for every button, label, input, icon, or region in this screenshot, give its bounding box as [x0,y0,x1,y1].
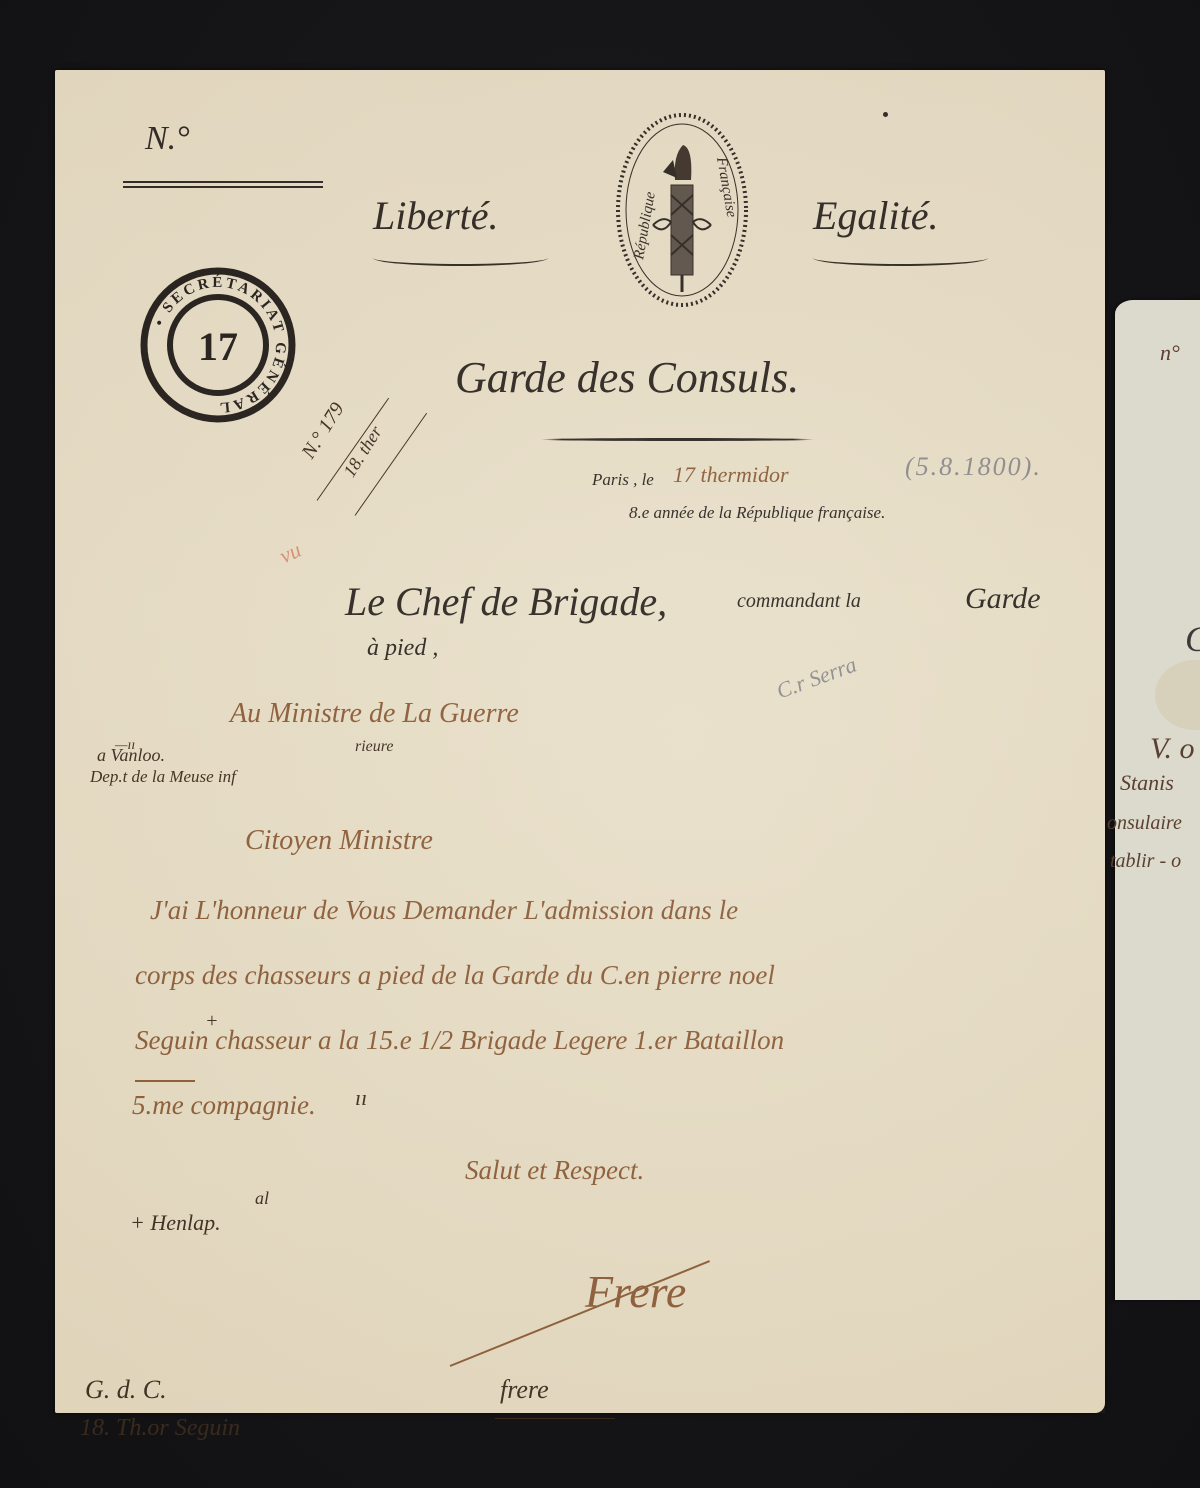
pencil-margin-note: C.r Serra [773,652,860,705]
second-sheet-fragment: tablir - o [1110,850,1181,873]
emblem-text-right: Française [713,155,740,219]
ink-dot [883,112,888,117]
paper-stain [1155,660,1200,730]
body-line: Seguin chasseur a la 15.e 1/2 Brigade Le… [135,1025,784,1056]
stamp-number: 17 [198,324,238,369]
left-note-line-2: Dep.t de la Meuse inf [90,767,236,787]
left-note-superscript: rieure [355,738,394,756]
second-sheet-fragment: V. o [1150,732,1194,766]
body-line: corps des chasseurs a pied de la Garde d… [135,960,775,991]
hash-mark: ıı [355,1085,367,1111]
number-double-rule [123,181,323,188]
second-sheet-fragment: onsulaire [1107,812,1182,835]
henlap-note: + Henlap. [130,1210,221,1236]
body-line: J'ai L'honneur de Vous Demander L'admiss… [150,895,738,926]
signature-name: frere [500,1375,549,1405]
brace-rule-left [373,258,548,266]
sender-line-2: à pied , [367,635,438,662]
name-underline [135,1080,195,1082]
date-handwritten: 17 thermidor [673,462,789,488]
registry-date-note: 18. ther [339,422,386,481]
second-letter-sheet: n° C V. o Stanis onsulaire tablir - o [1115,300,1200,1300]
sender-title: Le Chef de Brigade, [345,578,667,625]
henlap-superscript: al [255,1188,269,1209]
date-pencil-annotation: (5.8.1800). [905,452,1042,482]
motto-egalite: Egalité. [813,192,939,239]
republic-year-line: 8.e année de la République française. [629,503,885,523]
signature-underline [495,1418,615,1419]
sender-garde: Garde [965,582,1041,616]
recipient: Au Ministre de La Guerre [230,698,519,730]
bottom-note-date: 18. Th.or Seguin [80,1415,240,1442]
brace-rule-right [813,258,988,266]
left-note-line-1: a Vanloo. [97,745,165,766]
place-date-prefix: Paris , le [592,470,654,490]
second-sheet-fragment: Stanis [1120,770,1174,796]
letter-page: N.° Liberté. Egalité. République Françai… [55,70,1105,1413]
body-line: 5.me compagnie. [132,1090,316,1121]
sender-title-rest: commandant la [737,590,861,613]
motto-liberte: Liberté. [373,192,499,239]
number-label: N.° [145,120,190,158]
second-sheet-number-label: n° [1160,340,1180,366]
secretariat-stamp: • SECRÉTARIAT GÉNÉRAL 17 [138,265,298,425]
registry-number-note: N.° 179 [297,399,349,463]
title-rule [540,438,815,441]
republic-emblem-icon: République Française [613,110,751,310]
closing: Salut et Respect. [465,1155,644,1186]
institution-title: Garde des Consuls. [455,352,799,403]
bottom-note-gdc: G. d. C. [85,1375,167,1405]
red-crayon-note: vu [275,537,305,569]
salutation: Citoyen Ministre [245,825,433,857]
second-sheet-fragment: C [1185,618,1200,660]
